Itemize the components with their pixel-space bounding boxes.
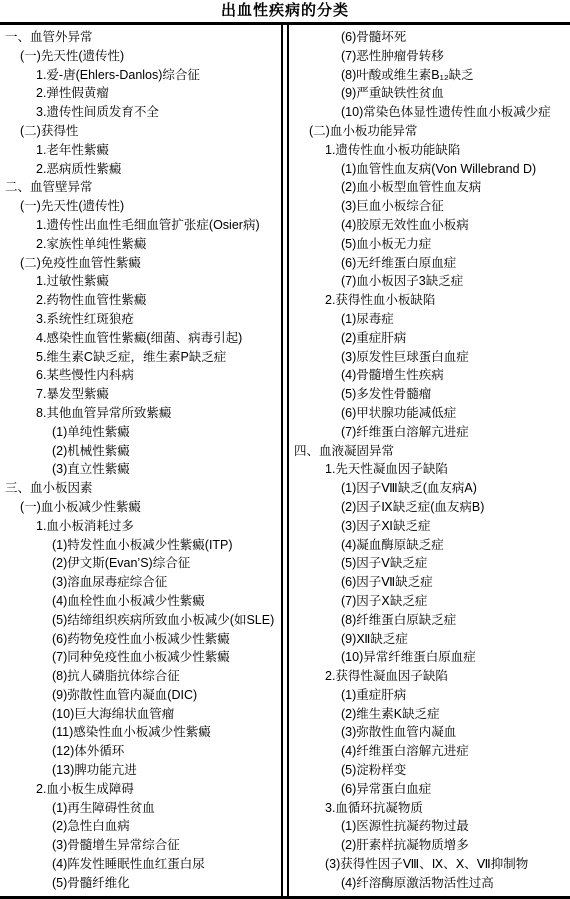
outline-line: (1)特发性血小板减少性紫癜(ITP) [0,536,281,555]
outline-line: (2)因子Ⅸ缺乏症(血友病B) [289,498,570,517]
outline-line: (10)异常纤维蛋白原血症 [289,648,570,667]
outline-line: 3.血循环抗凝物质 [289,799,570,818]
outline-line: (6)药物免疫性血小板减少性紫癜 [0,630,281,649]
outline-line: (2)重症肝病 [289,329,570,348]
outline-line: 3.系统性红斑狼疮 [0,310,281,329]
outline-line: (7)纤维蛋白溶解亢进症 [289,423,570,442]
outline-line: (1)尿毒症 [289,310,570,329]
outline-line: (5)骨髓纤维化 [0,874,281,893]
outline-line: 1.遗传性出血性毛细血管扩张症(Osier病) [0,216,281,235]
outline-line: (二)免疫性血管性紫癜 [0,254,281,273]
outline-line: 3.遗传性间质发育不全 [0,103,281,122]
outline-line: (6)甲状腺功能减低症 [289,404,570,423]
outline-line: (3)溶血尿毒症综合征 [0,573,281,592]
outline-line: (二)血小板功能异常 [289,122,570,141]
outline-line: 1.老年性紫癜 [0,141,281,160]
left-column: 一、血管外异常(一)先天性(遗传性)1.爱-唐(Ehlers-Danlos)综合… [0,25,283,896]
outline-line: (3)弥散性血管内凝血 [289,723,570,742]
outline-line: (7)血小板因子3缺乏症 [289,272,570,291]
outline-line: (1)因子Ⅷ缺乏(血友病A) [289,479,570,498]
outline-line: (3)获得性因子Ⅷ、Ⅸ、Ⅹ、Ⅶ抑制物 [289,855,570,874]
outline-line: (3)直立性紫癜 [0,460,281,479]
document-page: 出血性疾病的分类 一、血管外异常(一)先天性(遗传性)1.爱-唐(Ehlers-… [0,0,570,899]
outline-line: 三、血小板因素 [0,479,281,498]
outline-line: (2)维生素K缺乏症 [289,705,570,724]
right-column: (6)骨髓坏死(7)恶性肿瘤骨转移(8)叶酸或维生素B₁₂缺乏(9)严重缺铁性贫… [287,25,570,896]
outline-line: 5.维生素C缺乏症，维生素P缺乏症 [0,348,281,367]
outline-line: 1.遗传性血小板功能缺陷 [289,141,570,160]
outline-line: (4)骨髓增生性疾病 [289,366,570,385]
outline-line: (13)脾功能亢进 [0,761,281,780]
outline-line: (3)因子Ⅺ缺乏症 [289,517,570,536]
outline-line: (2)急性白血病 [0,817,281,836]
outline-line: (9)Ⅻ缺乏症 [289,630,570,649]
outline-line: (9)严重缺铁性贫血 [289,84,570,103]
outline-line: (1)再生障碍性贫血 [0,799,281,818]
outline-line: (2)血小板型血管性血友病 [289,178,570,197]
page-title: 出血性疾病的分类 [0,0,570,22]
outline-line: (8)抗人磷脂抗体综合征 [0,667,281,686]
outline-line: 4.感染性血管性紫癜(细菌、病毒引起) [0,329,281,348]
outline-line: (7)恶性肿瘤骨转移 [289,47,570,66]
outline-line: (4)阵发性睡眠性血红蛋白尿 [0,855,281,874]
outline-line: 1.爱-唐(Ehlers-Danlos)综合征 [0,66,281,85]
outline-line: (7)因子Ⅹ缺乏症 [289,592,570,611]
outline-line: (12)体外循环 [0,742,281,761]
outline-line: 7.暴发型紫癜 [0,385,281,404]
outline-line: (6)无纤维蛋白原血症 [289,254,570,273]
outline-line: (4)纤维蛋白溶解亢进症 [289,742,570,761]
outline-line: (10)常染色体显性遗传性血小板减少症 [289,103,570,122]
outline-line: 2.血小板生成障碍 [0,780,281,799]
outline-line: (一)先天性(遗传性) [0,197,281,216]
outline-line: 2.药物性血管性紫癜 [0,291,281,310]
outline-table: 一、血管外异常(一)先天性(遗传性)1.爱-唐(Ehlers-Danlos)综合… [0,22,570,899]
outline-line: 2.获得性血小板缺陷 [289,291,570,310]
outline-line: (2)肝素样抗凝物质增多 [289,836,570,855]
outline-line: (3)巨血小板综合征 [289,197,570,216]
outline-line: 2.恶病质性紫癜 [0,160,281,179]
outline-line: 6.某些慢性内科病 [0,366,281,385]
outline-line: 2.弹性假黄瘤 [0,84,281,103]
outline-line: (4)凝血酶原缺乏症 [289,536,570,555]
outline-line: 2.获得性凝血因子缺陷 [289,667,570,686]
outline-line: (8)纤维蛋白原缺乏症 [289,611,570,630]
outline-line: (一)先天性(遗传性) [0,47,281,66]
outline-line: (11)感染性血小板减少性紫癜 [0,723,281,742]
outline-line: (5)结缔组织疾病所致血小板减少(如SLE) [0,611,281,630]
outline-line: (4)胶原无效性血小板病 [289,216,570,235]
outline-line: (8)叶酸或维生素B₁₂缺乏 [289,66,570,85]
outline-line: 8.其他血管异常所致紫癜 [0,404,281,423]
outline-line: (1)单纯性紫癜 [0,423,281,442]
outline-line: 1.血小板消耗过多 [0,517,281,536]
outline-line: 一、血管外异常 [0,28,281,47]
outline-line: 四、血液凝固异常 [289,442,570,461]
outline-line: (4)纤溶酶原激活物活性过高 [289,874,570,893]
outline-line: (10)巨大海绵状血管瘤 [0,705,281,724]
outline-line: (6)异常蛋白血症 [289,780,570,799]
outline-line: (2)机械性紫癜 [0,442,281,461]
outline-line: (6)因子Ⅶ缺乏症 [289,573,570,592]
outline-line: 1.先天性凝血因子缺陷 [289,460,570,479]
outline-line: (二)获得性 [0,122,281,141]
outline-line: (7)同种免疫性血小板减少性紫癜 [0,648,281,667]
outline-line: (3)骨髓增生异常综合征 [0,836,281,855]
outline-line: (5)因子Ⅴ缺乏症 [289,554,570,573]
outline-line: 1.过敏性紫癜 [0,272,281,291]
outline-line: (5)血小板无力症 [289,235,570,254]
outline-line: (2)伊文斯(Evan’S)综合征 [0,554,281,573]
outline-line: (1)医源性抗凝药物过最 [289,817,570,836]
outline-line: (6)骨髓坏死 [289,28,570,47]
outline-line: (5)淀粉样变 [289,761,570,780]
outline-line: (1)血管性血友病(Von Willebrand D) [289,160,570,179]
outline-line: (3)原发性巨球蛋白血症 [289,348,570,367]
outline-line: (一)血小板减少性紫癜 [0,498,281,517]
outline-line: (5)多发性骨髓瘤 [289,385,570,404]
outline-line: (4)血栓性血小板减少性紫癜 [0,592,281,611]
outline-line: 2.家族性单纯性紫癜 [0,235,281,254]
outline-line: (1)重症肝病 [289,686,570,705]
outline-line: (9)弥散性血管内凝血(DIC) [0,686,281,705]
outline-line: 二、血管壁异常 [0,178,281,197]
